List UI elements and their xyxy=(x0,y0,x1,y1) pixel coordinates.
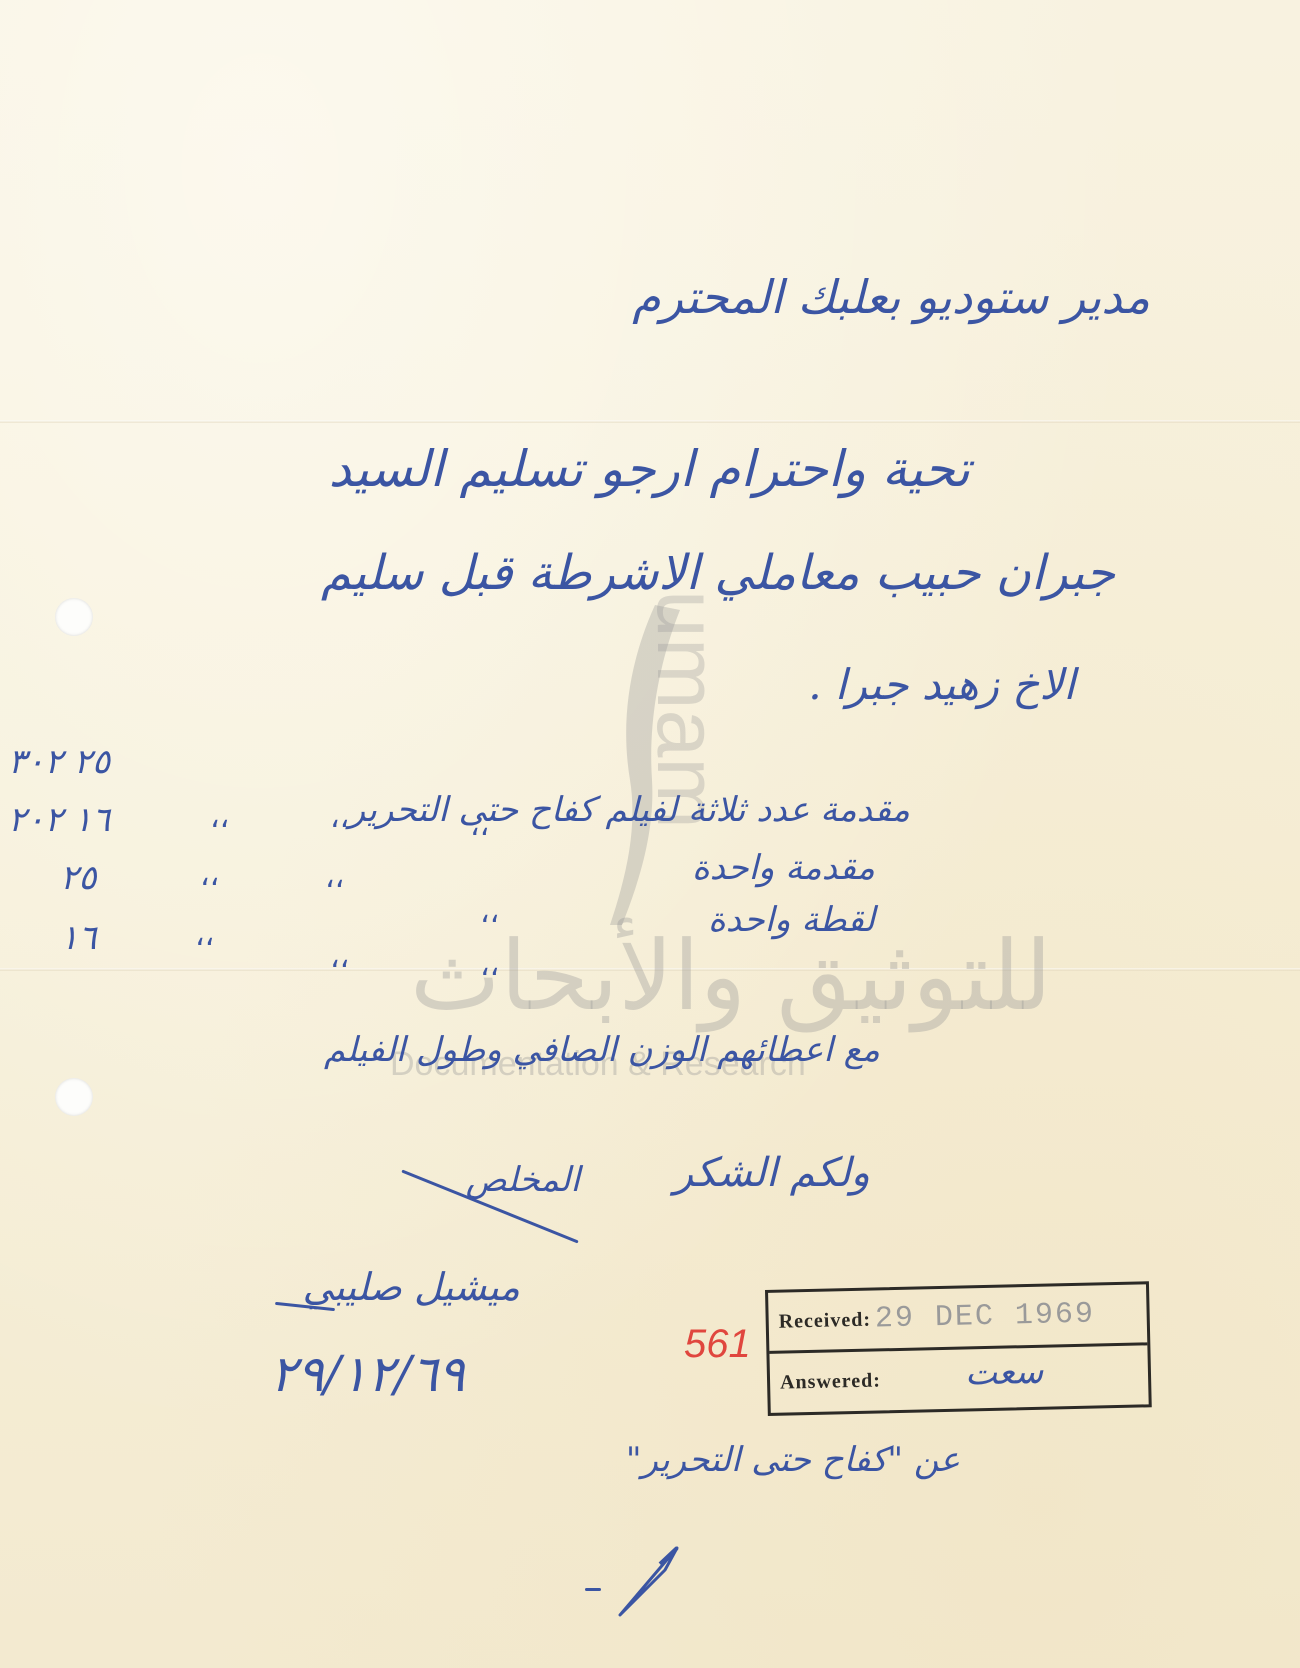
item-1-quantity: ٢٥ ٣٠٢ xyxy=(8,742,110,782)
watermark-vertical: umam xyxy=(640,590,730,890)
item-3: لقطة واحدة xyxy=(708,900,875,940)
received-stamp: Received: 29 DEC 1969 Answered: سعت xyxy=(765,1281,1152,1416)
ditto-mark: ،، xyxy=(330,800,349,835)
thanks-line: ولكم الشكر xyxy=(674,1150,870,1196)
letter-page: umam للتوثيق والأبحاث Documentation & Re… xyxy=(0,0,1300,1668)
ditto-mark: ،، xyxy=(195,918,214,953)
body-line-3: الاخ زهيد جبرا . xyxy=(808,660,1075,709)
closing: المخلص xyxy=(466,1160,580,1200)
fold-crease xyxy=(0,968,1300,971)
received-label: Received: xyxy=(778,1308,871,1333)
archive-number: 561 xyxy=(684,1322,751,1367)
ditto-mark: ،، xyxy=(325,860,344,895)
answered-signature: سعت xyxy=(964,1352,1043,1394)
received-date: 29 DEC 1969 xyxy=(875,1298,1096,1337)
fold-crease xyxy=(0,420,1300,423)
stamp-received-row: Received: 29 DEC 1969 xyxy=(768,1284,1147,1351)
stamp-answered-row: Answered: سعت xyxy=(769,1342,1148,1412)
arrow-icon xyxy=(615,1540,695,1620)
signature: ميشيل صليبي xyxy=(303,1265,521,1309)
ditto-mark: ،، xyxy=(480,948,499,983)
reference-note: عن "كفاح حتى التحرير" xyxy=(626,1440,960,1480)
pen-mark xyxy=(585,1588,601,1591)
body-line-1: تحية واحترام ارجو تسليم السيد xyxy=(329,440,970,498)
item-4-quantity: ١٦ xyxy=(60,918,97,958)
note-line: مع اعطائهم الوزن الصافي وطول الفيلم xyxy=(324,1030,880,1070)
punch-hole xyxy=(55,1078,93,1116)
item-2-quantity: ١٦ ٢٠٢ xyxy=(8,800,110,840)
letter-date: ٢٩/١٢/٦٩ xyxy=(270,1345,465,1403)
ditto-mark: ،، xyxy=(470,808,489,843)
ditto-mark: ،، xyxy=(210,800,229,835)
ditto-mark: ،، xyxy=(200,858,219,893)
body-line-2: جبران حبيب معاملي الاشرطة قبل سليم xyxy=(321,545,1115,601)
item-3-quantity: ٢٥ xyxy=(60,858,97,898)
addressee: مدير ستوديو بعلبك المحترم xyxy=(632,270,1150,324)
punch-hole xyxy=(55,598,93,636)
ditto-mark: ،، xyxy=(480,895,499,930)
item-1: مقدمة عدد ثلاثة لفيلم كفاح حتى التحرير xyxy=(349,790,910,830)
quill-icon xyxy=(600,600,690,930)
answered-label: Answered: xyxy=(780,1369,881,1394)
ditto-mark: ،، xyxy=(330,940,349,975)
item-2: مقدمة واحدة xyxy=(692,848,875,888)
